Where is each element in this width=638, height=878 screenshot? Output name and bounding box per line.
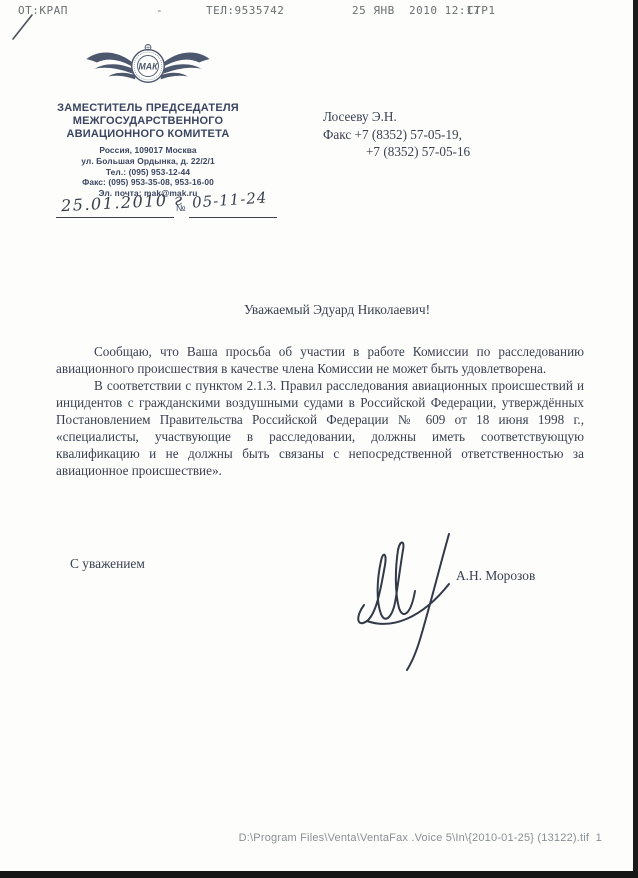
paragraph: Сообщаю, что Ваша просьба об участии в р… (56, 343, 584, 377)
recipient-fax-line1: Факс +7 (8352) 57-05-19, (323, 126, 470, 144)
address-line: Россия, 109017 Москва (40, 145, 256, 156)
address-line: Тел.: (095) 953-12-44 (40, 167, 256, 178)
pen-mark (8, 12, 42, 46)
paragraph: В соответствии с пунктом 2.1.3. Правил р… (56, 377, 584, 479)
signature-scribble (352, 531, 464, 671)
recipient-name: Лосееву Э.Н. (323, 108, 470, 126)
number-underline (189, 217, 277, 218)
reference-line: 25.01.2010 г № 05-11-24 (56, 190, 286, 224)
date-underline (56, 217, 174, 218)
fax-separator: - (156, 4, 163, 17)
valediction: С уважением (70, 556, 145, 572)
address-line: ул. Большая Ордынка, д. 22/2/1 (40, 156, 256, 167)
number-sign-label: № (176, 203, 186, 213)
handwritten-outgoing-number: 05-11-24 (191, 188, 267, 211)
scan-border-right (633, 0, 638, 878)
address-line: Факс: (095) 953-35-08, 953-16-00 (40, 177, 256, 188)
letterhead: МАК ЗАМЕСТИТЕЛЬ ПРЕДСЕДАТЕЛЯ МЕЖГОСУДАРС… (40, 34, 256, 199)
letterhead-title-line: ЗАМЕСТИТЕЛЬ ПРЕДСЕДАТЕЛЯ (40, 102, 256, 115)
mak-logo-monogram: МАК (139, 61, 159, 71)
file-path-footer: D:\Program Files\Venta\VentaFax .Voice 5… (0, 832, 602, 844)
handwritten-date: 25.01.2010 г (61, 190, 185, 215)
letterhead-title-line: МЕЖГОСУДАРСТВЕННОГО (40, 115, 256, 128)
letter-body: Сообщаю, что Ваша просьба об участии в р… (56, 343, 584, 479)
fax-telephone: ТЕЛ:9535742 (206, 4, 284, 17)
fax-datetime: 25 ЯНВ 2010 12:17 (352, 4, 480, 17)
scan-border-bottom (0, 871, 638, 878)
letterhead-title: ЗАМЕСТИТЕЛЬ ПРЕДСЕДАТЕЛЯ МЕЖГОСУДАРСТВЕН… (40, 102, 256, 141)
mak-winged-emblem-icon: МАК (84, 34, 212, 98)
fax-page: ОТ:КРАП - ТЕЛ:9535742 25 ЯНВ 2010 12:17 … (0, 0, 638, 878)
signer-name: А.Н. Морозов (456, 568, 535, 584)
salutation: Уважаемый Эдуард Николаевич! (36, 302, 638, 318)
recipient-fax-line2: +7 (8352) 57-05-16 (323, 143, 470, 161)
fax-page-number: СТР1 (467, 4, 496, 17)
letterhead-title-line: АВИАЦИОННОГО КОМИТЕТА (40, 128, 256, 141)
recipient-block: Лосееву Э.Н. Факс +7 (8352) 57-05-19, +7… (323, 108, 470, 161)
